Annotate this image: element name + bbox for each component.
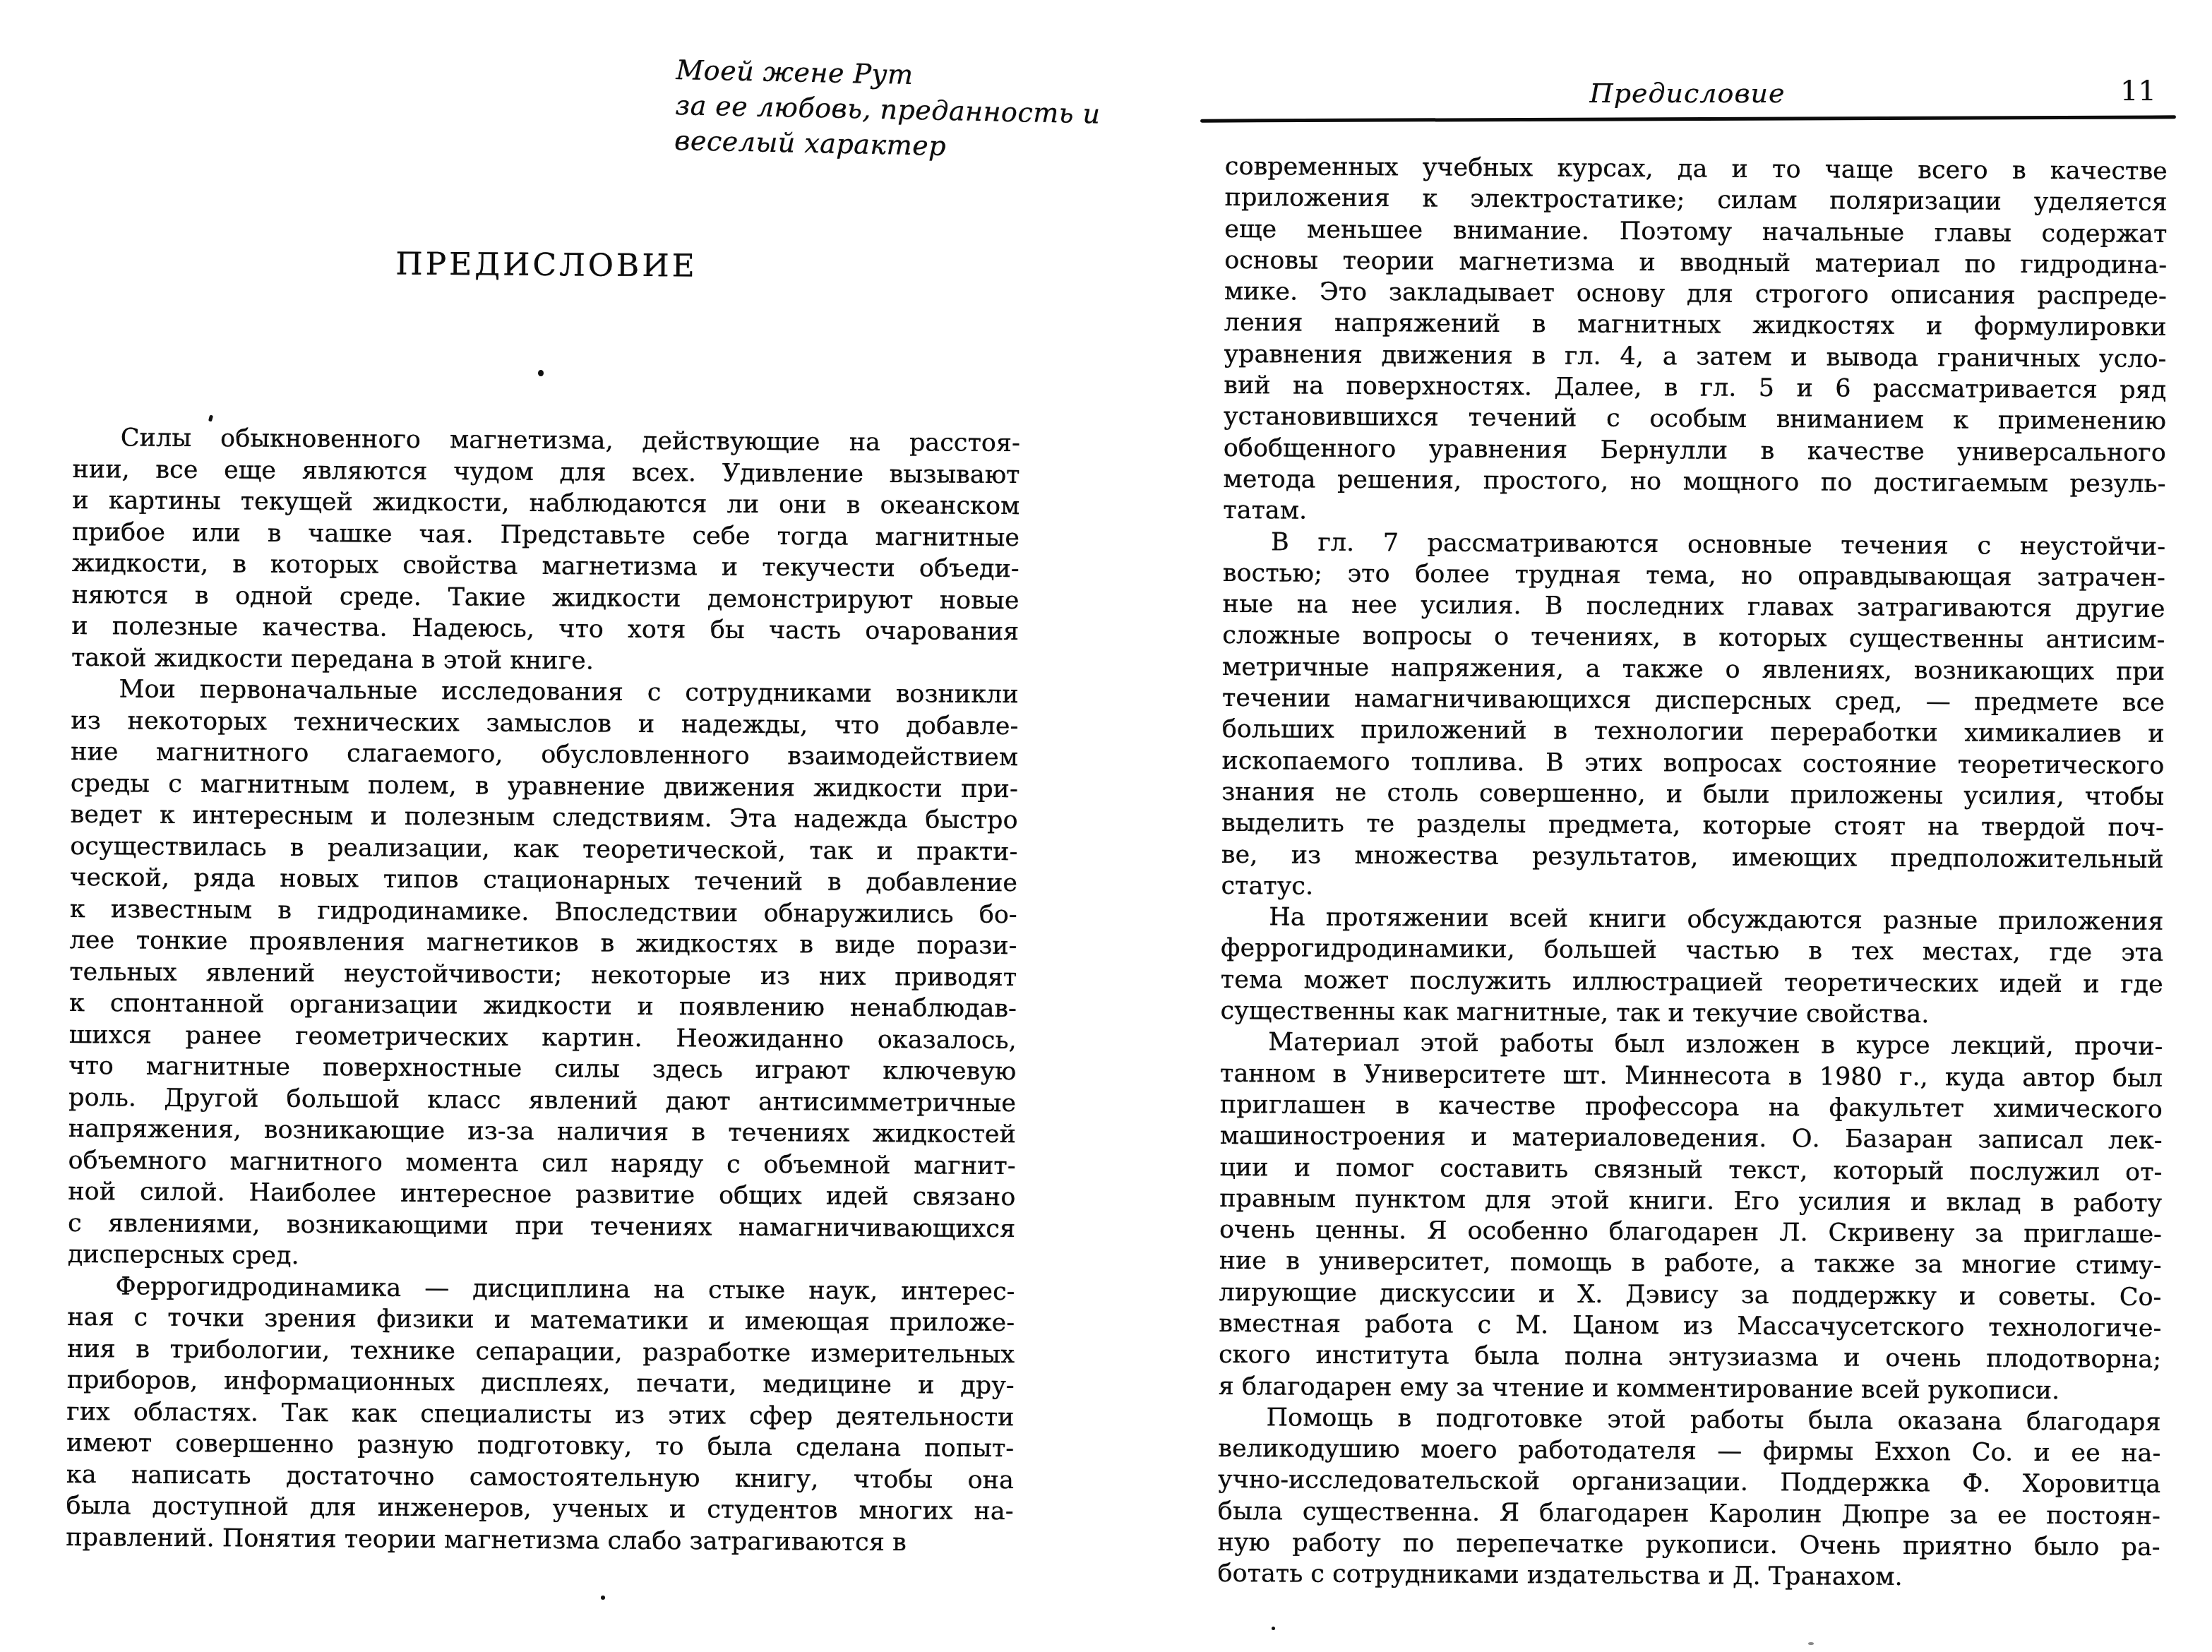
text-line: учно-исследовательской организации. Подд… [1218, 1464, 2160, 1500]
text-line: Силы обыкновенного магнетизма, действующ… [73, 422, 1020, 460]
running-header-title: Предисловие [1299, 78, 2076, 109]
text-line: машиностроения и материаловедения. О. Ба… [1220, 1120, 2163, 1156]
text-line: мике. Это закладывает основу для строгог… [1224, 276, 2167, 312]
text-line: ведет к интересным и полезным следствиям… [70, 799, 1017, 837]
text-line: правлений. Понятия теории магнетизма сла… [66, 1521, 1013, 1559]
text-line: и полезные качества. Надеюсь, что хотя б… [71, 611, 1019, 648]
text-line: ботать с сотрудниками издательства и Д. … [1217, 1558, 2160, 1594]
text-line: и картины текущей жидкости, наблюдаются … [72, 485, 1020, 522]
text-line: статус. [1221, 870, 2163, 906]
paragraph: Силы обыкновенного магнетизма, действующ… [71, 422, 1020, 679]
text-line: выделить те разделы предмета, которые ст… [1221, 808, 2164, 844]
paragraph: На протяжении всей книги обсуждаются раз… [1221, 902, 2164, 1031]
text-line: великодушию моего работодателя — фирмы E… [1218, 1433, 2160, 1469]
text-line: метричные напряжения, а также о явлениях… [1222, 652, 2165, 688]
text-line: приборов, информационных дисплеях, печат… [67, 1365, 1015, 1402]
text-line: имеют совершенно разную подготовку, то б… [66, 1427, 1014, 1465]
text-line: больших приложений в технологии перерабо… [1222, 714, 2165, 750]
text-line: ной силой. Наиболее интересное развитие … [68, 1176, 1015, 1214]
text-line: лее тонкие проявления магнетиков в жидко… [69, 925, 1017, 962]
text-line: ископаемого топлива. В этих вопросах сос… [1221, 746, 2164, 782]
text-line: напряжения, возникающие из-за наличия в … [68, 1113, 1016, 1151]
text-line: жидкости, в которых свойства магнетизма … [72, 548, 1020, 585]
dedication: Моей жене Рутза ее любовь, преданность и… [674, 52, 1101, 167]
text-line: На протяжении всей книги обсуждаются раз… [1221, 902, 2163, 938]
text-line: ческой, ряда новых типов стационарных те… [70, 862, 1017, 899]
left-page-body-text: Силы обыкновенного магнетизма, действующ… [66, 422, 1020, 1559]
text-line: основы теории магнетизма и вводный матер… [1224, 245, 2167, 281]
text-line: ве, из множества результатов, имеющих пр… [1221, 839, 2164, 875]
text-line: знания не столь совершенно, и были прило… [1221, 777, 2164, 813]
text-line: что магнитные поверхностные силы здесь и… [68, 1051, 1016, 1088]
text-line: феррогидродинамики, большей частью в тех… [1221, 933, 2163, 969]
text-line: ние в университет, помощь в работе, а та… [1219, 1245, 2162, 1281]
paragraph: Мои первоначальные исследования с сотруд… [68, 674, 1019, 1276]
text-line: метода решения, простого, но мощного по … [1223, 464, 2165, 500]
paragraph: В гл. 7 рассматриваются основные течения… [1221, 527, 2165, 907]
text-line: установившихся течений с особым внимание… [1224, 401, 2166, 437]
page-number: 11 [2120, 75, 2156, 107]
text-line: тема может послужить иллюстрацией теорет… [1221, 964, 2163, 1000]
text-line: лирующие дискуссии и Х. Дэвису за поддер… [1219, 1277, 2161, 1313]
text-line: Материал этой работы был изложен в курсе… [1220, 1026, 2163, 1063]
text-line: я благодарен ему за чтение и комментиров… [1219, 1371, 2161, 1407]
text-line: ления напряжений в магнитных жидкостях и… [1224, 307, 2167, 343]
text-line: ции и помог составить связный текст, кот… [1219, 1151, 2162, 1187]
text-line: очень ценны. Я особенно благодарен Л. Ск… [1219, 1214, 2162, 1250]
scan-speck [208, 415, 213, 422]
text-line: дисперсных сред. [68, 1239, 1015, 1276]
text-line: приложения к электростатике; силам поляр… [1225, 182, 2168, 218]
paragraph: Феррогидродинамика — дисциплина на стыке… [66, 1270, 1015, 1559]
text-line: В гл. 7 рассматриваются основные течения… [1223, 527, 2165, 563]
text-line: востью; это более трудная тема, но оправ… [1223, 558, 2165, 594]
text-line: танном в Университете шт. Миннесота в 19… [1220, 1058, 2163, 1094]
text-line: течении намагничивающихся дисперсных сре… [1222, 683, 2165, 719]
text-line: ского института была полна энтузиазма и … [1219, 1339, 2161, 1375]
text-line: ные на нее усилия. В последних главах за… [1223, 589, 2165, 625]
right-page-body-text: современных учебных курсах, да и то чаще… [1217, 151, 2168, 1595]
scan-speck [1808, 1642, 1814, 1645]
text-line: Мои первоначальные исследования с сотруд… [71, 674, 1019, 711]
text-line: ние магнитного слагаемого, обусловленног… [71, 736, 1018, 774]
scan-speck [538, 370, 544, 376]
text-line: еще меньшее внимание. Поэтому начальные … [1224, 214, 2167, 250]
paragraph: современных учебных курсах, да и то чаще… [1223, 151, 2168, 532]
text-line: была существенна. Я благодарен Каролин Д… [1218, 1496, 2160, 1532]
page-title: ПРЕДИСЛОВИЕ [73, 244, 1020, 286]
scan-speck [1272, 1627, 1275, 1630]
text-line: обобщенного уравнения Бернулли в качеств… [1224, 433, 2166, 469]
text-line: современных учебных курсах, да и то чаще… [1225, 151, 2168, 187]
paragraph: Материал этой работы был изложен в курсе… [1219, 1026, 2163, 1407]
text-line: правным пунктом для этой книги. Его усил… [1219, 1183, 2162, 1219]
text-line: татам. [1223, 495, 2165, 531]
text-line: вместная работа с М. Цаном из Массачусет… [1219, 1308, 2161, 1344]
text-line: ная с точки зрения физики и математики и… [67, 1302, 1015, 1339]
book-spread-scan: Моей жене Рутза ее любовь, преданность и… [0, 0, 2212, 1652]
text-line: была доступной для инженеров, ученых и с… [66, 1490, 1013, 1528]
text-line: к спонтанной организации жидкости и появ… [69, 988, 1017, 1025]
paragraph: Помощь в подготовке этой работы была ока… [1217, 1402, 2160, 1595]
text-line: вий на поверхностях. Далее, в гл. 5 и 6 … [1224, 370, 2166, 406]
text-line: уравнения движения в гл. 4, а затем и вы… [1224, 339, 2166, 375]
text-line: сложные вопросы о течениях, в которых су… [1222, 620, 2165, 656]
text-line: ную работу по перепечатке рукописи. Очен… [1218, 1527, 2160, 1563]
scan-speck [601, 1596, 605, 1600]
text-line: приглашен в качестве профессора на факул… [1220, 1089, 2163, 1125]
text-line: Помощь в подготовке этой работы была ока… [1218, 1402, 2160, 1438]
text-line: существенны как магнитные, так и текучие… [1221, 995, 2163, 1031]
